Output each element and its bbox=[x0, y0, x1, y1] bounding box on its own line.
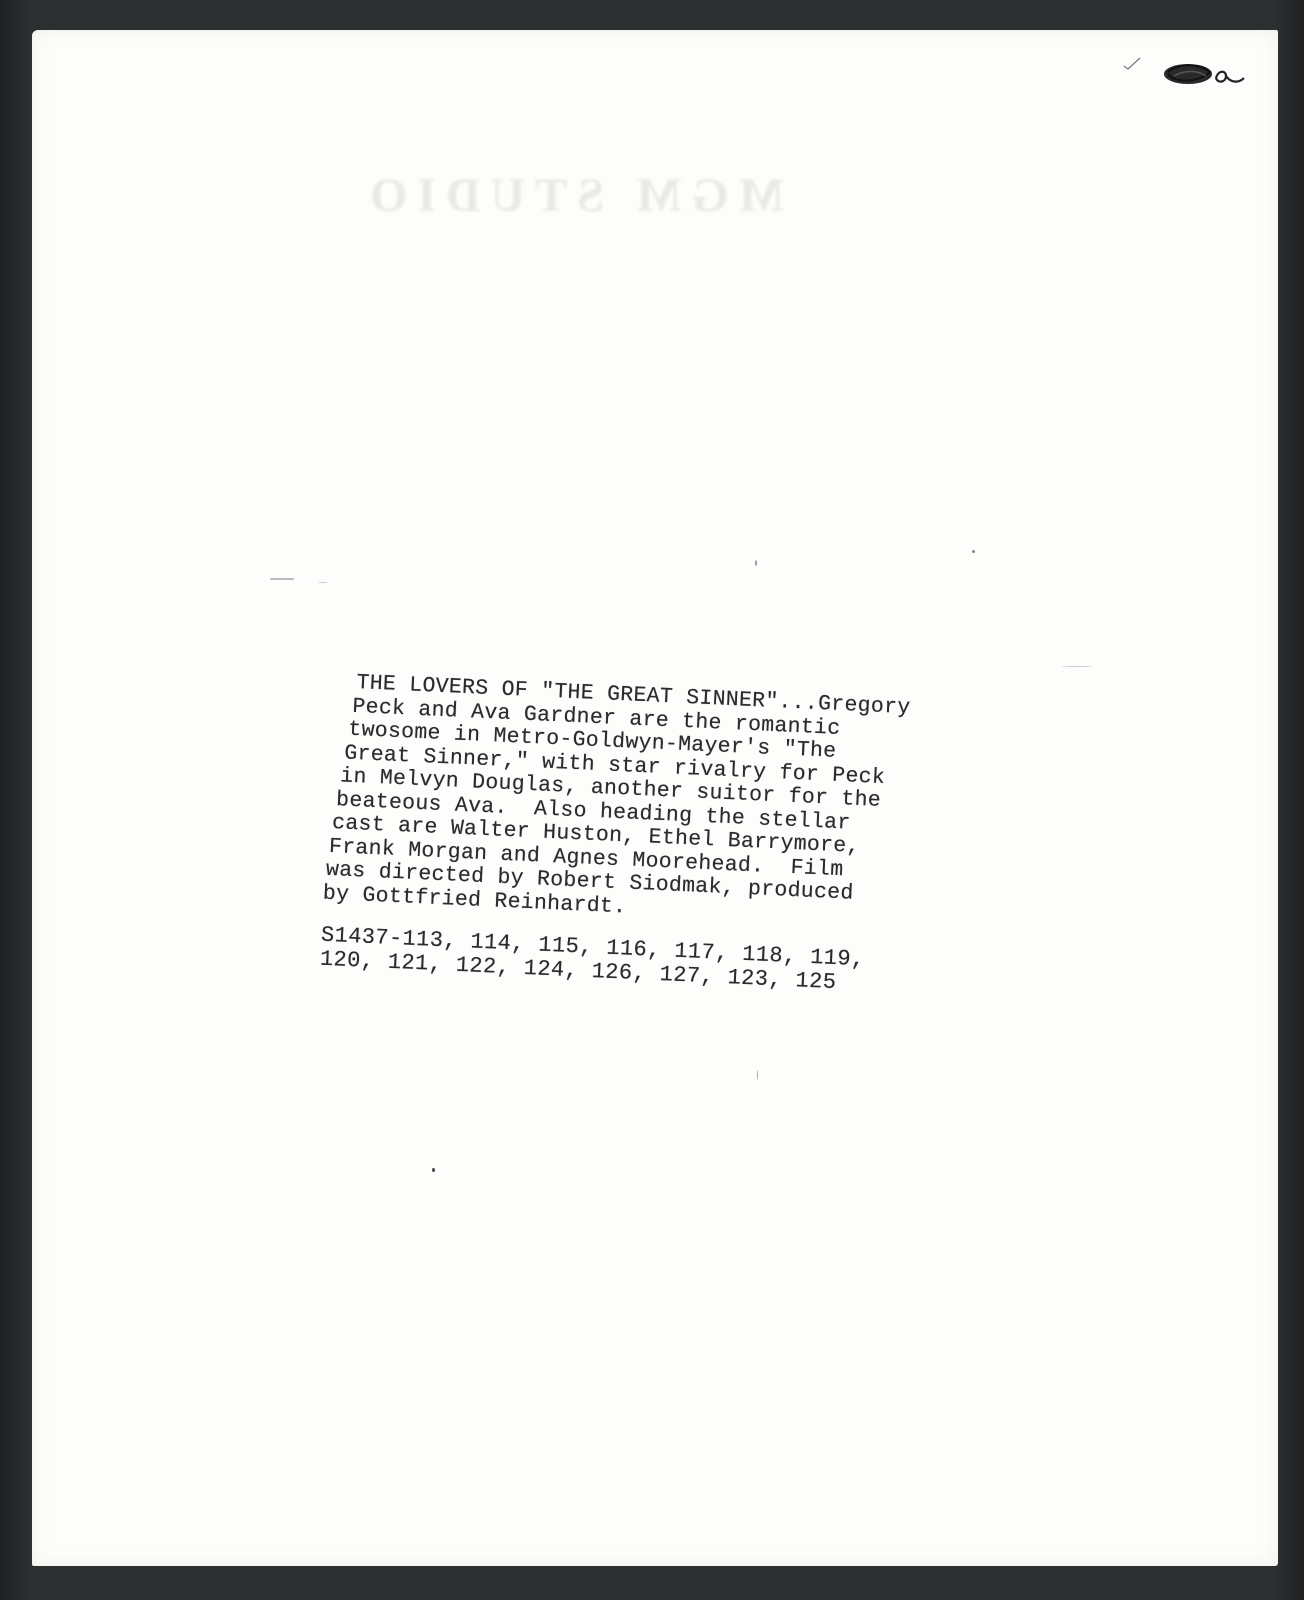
handwritten-scribble-icon bbox=[1160, 60, 1250, 90]
pencil-tick-icon bbox=[1122, 56, 1142, 70]
ghost-stamp: MGM STUDIO bbox=[282, 168, 862, 228]
typed-caption: THE LOVERS OF "THE GREAT SINNER"...Grego… bbox=[343, 672, 996, 1001]
